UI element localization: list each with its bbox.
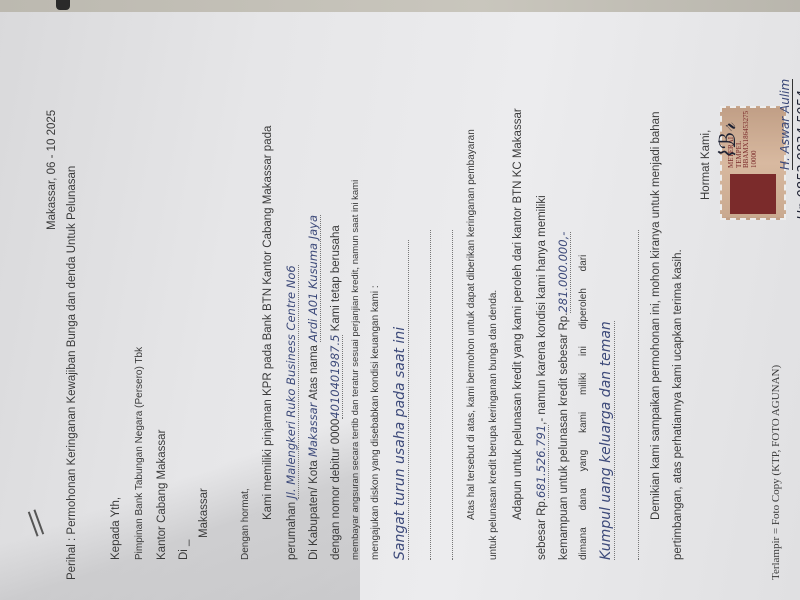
- capability-amount-handwritten: 281.000.000,-: [556, 232, 571, 313]
- city-label: Di Kabupaten/ Kota: [308, 460, 320, 560]
- financial-reason-handwritten: Sangat turun usaha pada saat ini: [392, 240, 409, 560]
- total-credit-amount-handwritten: 681.526.791: [534, 425, 549, 498]
- subject-text: Permohonan Keringanan Kewajiban Bunga da…: [66, 166, 78, 535]
- greeting: Dengan hormat,: [240, 488, 251, 560]
- paragraph-1-line-b: perumahan Jl. Malengkeri Ruko Business C…: [284, 265, 299, 560]
- blank-line-3: [626, 230, 639, 560]
- blank-line-1: [418, 230, 431, 560]
- signature: ⌇ℬ𝓇: [716, 123, 741, 160]
- closing-line-a: Demikian kami sampaikan permohonan ini, …: [650, 112, 662, 520]
- letter-page: Makassar, 06 - 10 2025 Perihal : Permoho…: [0, 0, 800, 600]
- paragraph-1-line-g: Sangat turun usaha pada saat ini: [392, 240, 409, 560]
- subject-label: Perihal: [66, 544, 78, 580]
- regards: Hormat Kami,: [700, 130, 712, 200]
- paragraph-2-line-b: untuk pelunasan kredit berupa keringanan…: [488, 290, 499, 560]
- paragraph-3-line-c: kemampuan untuk pelunasan kredit sebesar…: [556, 232, 571, 560]
- paragraph-1-line-e: membayar angsuran secara tertib dan tera…: [350, 180, 361, 560]
- paragraph-1-line-f: mengajukan diskon yang disebabkan kondis…: [370, 285, 381, 560]
- paragraph-3-line-b: sebesar Rp.681.526.791,- namun karena ko…: [534, 195, 549, 560]
- paragraph-1-line-c: Di Kabupaten/ Kota Makassar Atas nama Ar…: [306, 215, 321, 560]
- phone-number: Hp 0852 9834 5054: [796, 90, 800, 220]
- paragraph-1-line-d: dengan nomor debitur 00004010401987.5 Ka…: [328, 225, 343, 560]
- housing-address-handwritten: Jl. Malengkeri Ruko Business Centre No6: [284, 265, 299, 498]
- name-label: Atas nama: [308, 345, 320, 400]
- debtor-number-label: dengan nomor debitur 0000: [330, 419, 342, 560]
- place-date: Makassar, 06 - 10 2025: [46, 110, 58, 230]
- attachment-note: Terlampir = Foto Copy (KTP, FOTO AGUNAN): [770, 365, 782, 580]
- stamp-value: 10000: [751, 111, 759, 168]
- closing-line-b: pertimbangan, atas perhatiannya kami uca…: [672, 249, 684, 560]
- paragraph-2-line-a: Atas hal tersebut di atas, kami bermohon…: [466, 129, 477, 520]
- paragraph-3-line-a: Adapun untuk pelunasan kredit yang kami …: [512, 108, 524, 520]
- paragraph-1-line-a: Kami memiliki pinjaman KPR pada Bank BTN…: [262, 126, 274, 520]
- fund-source-handwritten: Kumpul uang keluarga dan teman: [598, 321, 615, 560]
- paragraph-3-line-e: Kumpul uang keluarga dan teman: [598, 321, 615, 560]
- paragraph-1-line-d-rest: Kami tetap berusaha: [330, 225, 342, 331]
- housing-label: perumahan: [286, 502, 298, 560]
- subject: Perihal : Permohonan Keringanan Kewajiba…: [66, 166, 78, 580]
- debtor-number-handwritten: 4010401987.5: [328, 335, 343, 419]
- paragraph-3-line-b-rest: ,- namun karena kondisi kami hanya memil…: [536, 195, 548, 424]
- paragraph-3-line-d: dimana dana yang kami miliki ini diperol…: [578, 255, 589, 560]
- capability-label: kemampuan untuk pelunasan kredit sebesar…: [558, 313, 570, 560]
- blank-line-2: [440, 230, 453, 560]
- city-handwritten: Makassar: [306, 403, 320, 457]
- to-line-4: Makassar: [198, 488, 210, 538]
- to-line-2: Kantor Cabang Makassar: [156, 430, 168, 560]
- to-line-1: Pimpinan Bank Tabungan Negara (Persero) …: [134, 347, 145, 560]
- total-credit-label: sebesar Rp.: [536, 498, 548, 560]
- to-line-3: Di _: [178, 540, 190, 560]
- signer-name: H. Aswar Aulim: [778, 79, 793, 170]
- to-label: Kepada Yth,: [110, 497, 122, 560]
- debtor-name-handwritten: Ardi A01 Kusuma Jaya: [306, 215, 321, 342]
- stamp-value-block: [730, 174, 776, 214]
